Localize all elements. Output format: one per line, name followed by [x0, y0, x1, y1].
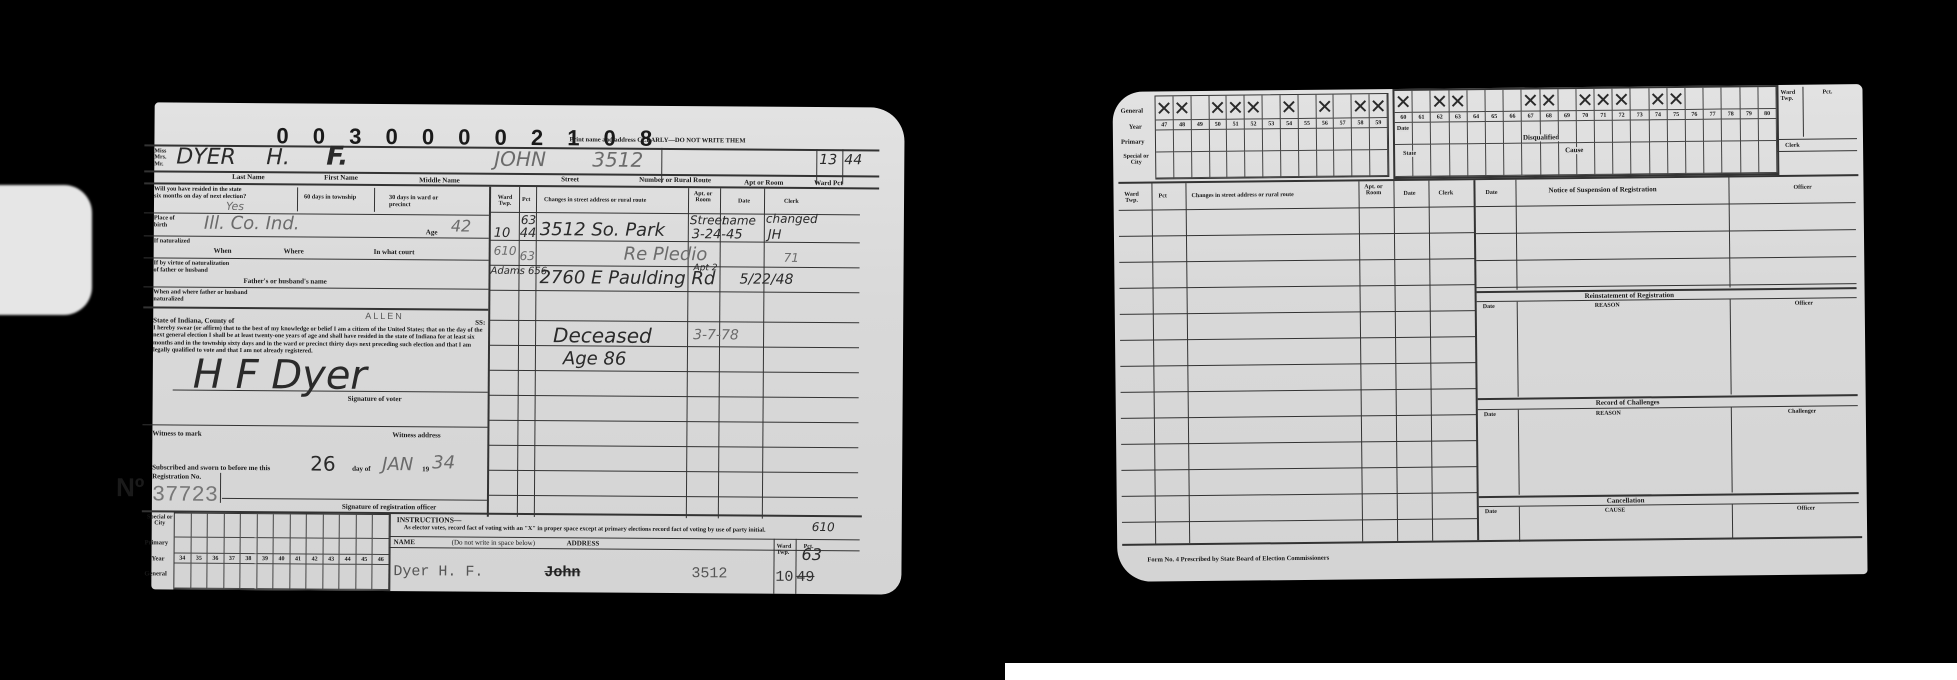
special-vote-cell	[1227, 152, 1245, 178]
primary-vote-cell	[1370, 128, 1388, 150]
vote-x-mark: ✕	[1613, 89, 1630, 111]
registration-no-label: Registration No.	[152, 473, 201, 480]
registration-card-front: 0 0 3 0 0 0 0 2 1 0 8 Print name and add…	[151, 102, 904, 594]
signature-of-voter-label: Signature of voter	[348, 396, 402, 403]
special-vote-cell	[307, 514, 324, 538]
title-prefix: Miss Mrs. Mr.	[154, 148, 170, 167]
year-cell: 80	[1758, 109, 1776, 119]
birthplace-value: Ill. Co. Ind.	[204, 215, 300, 234]
back-cause-label: Cause	[1565, 147, 1583, 154]
primary-vote-cell	[1352, 128, 1370, 150]
change-row-5-date: 3-7-78	[693, 328, 739, 342]
residence-question: Will you have resided in the state six m…	[154, 185, 249, 201]
general-vote-cell: ✕	[1352, 94, 1370, 118]
change-row-2-change: Re Pledio	[624, 246, 708, 265]
year-cell: 70	[1577, 111, 1595, 121]
back-voting-grid-left: ✕✕✕✕✕✕✕✕✕47484950515253545556575859	[1154, 93, 1389, 179]
primary-vote-cell	[1316, 129, 1334, 151]
primary-vote-cell	[1686, 120, 1704, 142]
year-cell: 42	[307, 554, 324, 564]
general-vote-cell	[307, 564, 324, 589]
vote-x-mark: ✕	[1352, 94, 1369, 118]
special-vote-cell	[1686, 142, 1705, 174]
special-vote-cell	[1613, 143, 1632, 175]
sworn-year-prefix: 19	[422, 466, 429, 473]
special-vote-cell	[1192, 152, 1210, 178]
special-vote-cell	[1431, 144, 1450, 176]
col-pct: Pct	[522, 197, 530, 203]
back-pct-label: Pct.	[1822, 89, 1832, 95]
back-col-date: Date	[1404, 191, 1416, 197]
witness-label: Witness to mark	[152, 430, 201, 437]
first-name-label: First Name	[324, 175, 358, 182]
naturalized-label: If naturalized	[154, 237, 204, 245]
special-vote-cell	[257, 514, 274, 538]
naturalized-where-label: Where	[284, 248, 304, 255]
index-ward-label: Ward Twp.	[777, 544, 795, 557]
ss-label: SS:	[475, 320, 485, 327]
primary-vote-cell	[1631, 120, 1649, 142]
primary-vote-cell	[1595, 121, 1613, 143]
year-cell: 38	[241, 554, 258, 564]
vote-x-mark: ✕	[1522, 89, 1539, 111]
primary-vote-cell	[1281, 129, 1299, 151]
year-cell: 46	[373, 555, 390, 565]
special-vote-cell	[1522, 143, 1541, 175]
general-vote-cell	[1467, 90, 1485, 112]
special-vote-cell	[1704, 142, 1723, 174]
left-voting-grid: 34353637383940414243444546	[173, 513, 391, 592]
sworn-prefix: Subscribed and sworn to before me this	[152, 464, 270, 472]
general-vote-cell	[191, 564, 208, 589]
special-vote-cell	[1370, 150, 1388, 176]
year-cell: 35	[191, 554, 208, 564]
index-address-typed: 3512	[691, 565, 727, 582]
primary-vote-cell	[1613, 121, 1631, 143]
vote-x-mark: ✕	[1227, 96, 1244, 120]
special-vote-cell	[175, 514, 192, 538]
registration-card-back: General Year Primary Special or City ✕✕✕…	[1112, 84, 1867, 582]
first-name-value: H.	[266, 147, 290, 169]
year-cell: 37	[224, 554, 241, 564]
challenges-reason-label: REASON	[1596, 411, 1621, 418]
birthplace-label: Place of birth	[154, 214, 184, 229]
vote-x-mark: ✕	[1316, 95, 1333, 119]
primary-vote-cell	[356, 539, 373, 555]
primary-vote-cell	[1449, 122, 1467, 144]
year-cell: 43	[323, 555, 340, 565]
primary-vote-cell	[340, 539, 357, 555]
primary-vote-cell	[224, 538, 241, 554]
general-vote-cell: ✕	[1370, 94, 1388, 118]
year-cell: 45	[356, 555, 373, 565]
year-cell: 34	[174, 554, 191, 564]
primary-vote-cell	[1245, 129, 1263, 151]
primary-vote-cell	[1431, 122, 1449, 144]
number-value: 3512	[592, 149, 643, 169]
special-vote-cell	[1486, 144, 1505, 176]
father-name-label: Father's or husband's name	[243, 278, 326, 286]
change-row-3-date: 5/22/48	[739, 272, 793, 286]
general-vote-cell	[340, 565, 357, 590]
special-vote-cell	[1759, 141, 1778, 173]
general-vote-cell	[323, 565, 340, 590]
back-voting-grid-right: ✕✕✕✕✕✕✕✕✕✕606162636465666768697071727374…	[1392, 85, 1779, 179]
year-cell: 50	[1209, 120, 1227, 130]
change-row-1-ward: 10	[494, 227, 511, 240]
suspension-date-label: Date	[1486, 190, 1498, 196]
vote-x-mark: ✕	[1280, 95, 1297, 119]
year-cell: 75	[1668, 110, 1686, 120]
year-cell: 68	[1540, 111, 1558, 121]
suspension-officer-label: Officer	[1793, 185, 1811, 191]
instructions-text: As elector votes, record fact of voting …	[404, 524, 804, 534]
back-disqualified-label: Disqualified	[1523, 134, 1559, 141]
year-cell: 60	[1395, 113, 1413, 123]
general-vote-cell: ✕	[1522, 89, 1540, 111]
year-cell: 53	[1263, 119, 1281, 129]
primary-vote-cell	[1504, 122, 1522, 144]
back-label-year: Year	[1129, 124, 1142, 131]
cancellation-date-label: Date	[1485, 509, 1497, 515]
primary-vote-cell	[1334, 128, 1352, 150]
back-col-apt: Apt. or Room	[1363, 184, 1383, 197]
special-vote-cell	[208, 514, 225, 538]
grid-label-year: Year	[151, 555, 164, 562]
special-vote-cell	[241, 514, 258, 538]
primary-vote-cell	[1740, 119, 1758, 141]
year-cell: 59	[1370, 118, 1388, 128]
general-vote-cell	[1558, 89, 1576, 111]
general-vote-cell: ✕	[1667, 88, 1685, 110]
change-row-5-change: Deceased	[553, 325, 652, 346]
special-vote-cell	[1281, 151, 1299, 177]
year-cell: 39	[257, 554, 274, 564]
suspension-title: Notice of Suspension of Registration	[1548, 186, 1656, 194]
special-vote-cell	[1245, 151, 1263, 177]
sworn-day-of: day of	[352, 466, 371, 473]
scan-border	[1005, 663, 1957, 680]
special-vote-cell	[1468, 144, 1487, 176]
instructions-heading: INSTRUCTIONS—	[397, 516, 462, 524]
change-row-1-clerk: JH	[768, 229, 782, 242]
general-vote-cell	[1704, 88, 1722, 110]
cancellation-officer-label: Officer	[1797, 506, 1815, 512]
year-cell: 73	[1631, 110, 1649, 120]
year-cell: 64	[1467, 112, 1485, 122]
back-state-label: State	[1403, 151, 1416, 157]
general-vote-cell	[1334, 94, 1352, 118]
change-row-6-change: Age 86	[563, 350, 627, 368]
primary-vote-cell	[1759, 119, 1777, 141]
challenges-challenger-label: Challenger	[1788, 409, 1816, 416]
street-label: Street	[561, 176, 579, 183]
vote-x-mark: ✕	[1667, 88, 1684, 110]
back-date-label: Date	[1397, 126, 1409, 132]
vote-x-mark: ✕	[1156, 96, 1173, 120]
primary-vote-cell	[1704, 120, 1722, 142]
year-cell: 56	[1316, 119, 1334, 129]
special-vote-cell	[1595, 143, 1614, 175]
father-when-where-label: When and where father or husband natural…	[153, 288, 253, 304]
general-vote-cell	[1685, 88, 1703, 110]
reinstatement-date-label: Date	[1483, 304, 1495, 310]
primary-vote-cell	[274, 538, 291, 554]
primary-vote-cell	[1577, 121, 1595, 143]
year-cell: 66	[1504, 112, 1522, 122]
ward-value: 13	[819, 153, 837, 167]
primary-vote-cell	[1192, 130, 1210, 152]
special-vote-cell	[1450, 144, 1469, 176]
year-cell: 76	[1686, 110, 1704, 120]
col-clerk: Clerk	[784, 199, 799, 205]
naturalized-when-label: When	[214, 248, 232, 255]
punch-hole	[122, 525, 142, 545]
special-vote-cell	[1352, 150, 1370, 176]
back-clerk-label: Clerk	[1785, 143, 1800, 149]
general-vote-cell	[1413, 91, 1431, 113]
col-ward-twp: Ward Twp.	[494, 195, 516, 208]
change-row-1-change: 3512 So. Park	[540, 221, 665, 240]
primary-vote-cell	[1649, 120, 1667, 142]
special-vote-cell	[1263, 151, 1281, 177]
year-cell: 49	[1191, 120, 1209, 130]
change-row-2-ward: 610	[494, 245, 517, 257]
special-vote-cell	[1668, 142, 1687, 174]
year-cell: 47	[1156, 120, 1174, 130]
general-vote-cell: ✕	[1649, 88, 1667, 110]
index-pct-written: 63	[802, 547, 822, 563]
back-label-general: General	[1121, 108, 1143, 115]
general-vote-cell: ✕	[1394, 91, 1412, 113]
primary-vote-cell	[1174, 130, 1192, 152]
vote-x-mark: ✕	[1577, 89, 1594, 111]
reinstatement-officer-label: Officer	[1795, 301, 1813, 307]
residence-state-answer: Yes	[226, 201, 244, 212]
general-vote-cell: ✕	[1156, 96, 1174, 120]
index-pct-typed: 49	[796, 569, 814, 586]
special-vote-cell	[373, 515, 390, 539]
special-vote-cell	[1335, 150, 1353, 176]
age-label: Age	[426, 229, 438, 236]
general-vote-cell: ✕	[1613, 89, 1631, 111]
back-col-ward: Ward Twp.	[1122, 192, 1142, 205]
change-row-1-date: 3-24-45	[692, 228, 743, 241]
street-value: JOHN	[494, 149, 546, 169]
primary-vote-cell	[1209, 130, 1227, 152]
primary-vote-cell	[257, 538, 274, 554]
general-vote-cell	[1758, 87, 1776, 109]
primary-vote-cell	[307, 538, 324, 554]
general-vote-cell	[1740, 87, 1758, 109]
primary-vote-cell	[1263, 129, 1281, 151]
vote-x-mark: ✕	[1540, 89, 1557, 111]
special-vote-cell	[274, 514, 291, 538]
general-vote-cell	[1263, 95, 1281, 119]
index-address-label: ADDRESS	[567, 540, 600, 547]
general-vote-cell	[1722, 87, 1740, 109]
year-cell: 72	[1613, 111, 1631, 121]
general-vote-cell: ✕	[1540, 89, 1558, 111]
grid-label-primary: Primary	[145, 539, 169, 546]
back-label-primary: Primary	[1121, 139, 1145, 146]
year-cell: 61	[1413, 113, 1431, 123]
registration-number: 37723	[152, 482, 218, 507]
year-cell: 57	[1334, 118, 1352, 128]
year-cell: 77	[1704, 110, 1722, 120]
change-row-3-apt: Apt 2	[694, 264, 718, 273]
county-value: ALLEN	[365, 312, 404, 321]
naturalized-court-label: In what court	[374, 249, 415, 256]
challenges-date-label: Date	[1484, 412, 1496, 418]
pct-value: 44	[844, 153, 862, 167]
general-vote-cell: ✕	[1316, 95, 1334, 119]
sworn-month: JAN	[382, 456, 413, 474]
general-vote-cell	[274, 564, 291, 589]
adjacent-card-edge	[0, 185, 92, 315]
special-vote-cell	[1156, 152, 1174, 178]
general-vote-cell: ✕	[1595, 89, 1613, 111]
year-cell: 55	[1299, 119, 1317, 129]
back-col-changes: Changes in street address or rural route	[1192, 192, 1294, 199]
primary-vote-cell	[1413, 123, 1431, 145]
general-vote-cell	[240, 564, 257, 589]
registration-officer-label: Signature of registration officer	[342, 504, 436, 512]
vote-x-mark: ✕	[1209, 96, 1226, 120]
primary-vote-cell	[1468, 122, 1486, 144]
vote-x-mark: ✕	[1245, 95, 1262, 119]
last-name-label: Last Name	[232, 174, 265, 181]
township-label: 60 days in township	[304, 193, 359, 201]
form-footer: Form No. 4 Prescribed by State Board of …	[1147, 556, 1329, 564]
primary-vote-cell	[1668, 120, 1686, 142]
primary-vote-cell	[290, 538, 307, 554]
special-vote-cell	[1741, 141, 1760, 173]
special-vote-cell	[324, 515, 341, 539]
last-name-value: DYER	[176, 147, 236, 169]
back-ward-label: Ward Twp.	[1780, 90, 1798, 103]
primary-vote-cell	[241, 538, 258, 554]
year-cell: 44	[340, 555, 357, 565]
index-no-write-label: (Do not write in space below)	[452, 539, 535, 547]
number-symbol: Nº	[116, 474, 144, 500]
general-vote-cell: ✕	[1245, 95, 1263, 119]
year-cell: 51	[1227, 120, 1245, 130]
general-vote-cell	[1298, 95, 1316, 119]
vote-x-mark: ✕	[1431, 90, 1448, 112]
general-vote-cell: ✕	[1280, 95, 1298, 119]
special-vote-cell	[340, 515, 357, 539]
vote-x-mark: ✕	[1449, 90, 1466, 112]
year-cell: 48	[1174, 120, 1192, 130]
change-row-0-pct: 63	[521, 214, 536, 226]
year-cell: 74	[1649, 110, 1667, 120]
general-vote-cell: ✕	[1227, 96, 1245, 120]
challenges-title: Record of Challenges	[1596, 399, 1660, 407]
year-cell: 54	[1281, 119, 1299, 129]
special-vote-cell	[224, 514, 241, 538]
year-cell: 65	[1486, 112, 1504, 122]
year-cell: 67	[1522, 111, 1540, 121]
primary-vote-cell	[175, 538, 192, 554]
special-vote-cell	[1210, 152, 1228, 178]
reinstatement-reason-label: REASON	[1595, 303, 1620, 310]
general-vote-cell	[1631, 88, 1649, 110]
special-vote-cell	[1299, 151, 1317, 177]
general-vote-cell	[290, 564, 307, 589]
special-vote-cell	[1317, 151, 1335, 177]
father-naturalization-label: If by virtue of naturalization of father…	[154, 259, 234, 274]
general-vote-cell: ✕	[1209, 96, 1227, 120]
middle-name-value: F.	[326, 144, 348, 170]
special-vote-cell	[1504, 144, 1523, 176]
change-row-1-pct: 44	[520, 227, 537, 240]
general-vote-cell	[1191, 96, 1209, 120]
general-vote-cell: ✕	[1449, 90, 1467, 112]
general-vote-cell	[174, 564, 191, 589]
grid-label-special: Special or City	[147, 514, 173, 526]
year-cell: 41	[290, 554, 307, 564]
general-vote-cell	[1504, 90, 1522, 112]
primary-vote-cell	[208, 538, 225, 554]
primary-vote-cell	[191, 538, 208, 554]
special-vote-cell	[1174, 152, 1192, 178]
col-apt-room: Apt. or Room	[692, 191, 714, 204]
col-changes: Changes in street address or rural route	[544, 197, 646, 204]
ward-residence-label: 30 days in ward or precinct	[389, 194, 449, 209]
age-value: 42	[451, 218, 471, 234]
year-cell: 36	[208, 554, 225, 564]
special-vote-cell	[357, 515, 374, 539]
year-cell: 58	[1352, 118, 1370, 128]
special-vote-cell	[1395, 145, 1414, 177]
primary-vote-cell	[1558, 121, 1576, 143]
general-vote-cell	[373, 565, 390, 590]
grid-label-general: General	[144, 570, 166, 577]
special-vote-cell	[1413, 145, 1432, 177]
special-vote-cell	[1722, 141, 1741, 173]
primary-vote-cell	[1299, 129, 1317, 151]
general-vote-cell: ✕	[1431, 90, 1449, 112]
index-ward-typed: 10	[775, 569, 793, 586]
year-cell: 62	[1431, 112, 1449, 122]
number-label: Number or Rural Route	[639, 177, 711, 185]
special-vote-cell	[1650, 142, 1669, 174]
change-row-0-clerk: changed	[766, 213, 818, 225]
year-cell: 40	[274, 554, 291, 564]
general-vote-cell: ✕	[1173, 96, 1191, 120]
change-row-2-pct: 63	[520, 250, 535, 262]
primary-vote-cell	[1486, 122, 1504, 144]
special-vote-cell	[290, 514, 307, 538]
special-vote-cell	[1541, 143, 1560, 175]
primary-vote-cell	[1722, 119, 1740, 141]
back-label-special: Special or City	[1123, 154, 1149, 166]
general-vote-cell	[257, 564, 274, 589]
vote-x-mark: ✕	[1595, 89, 1612, 111]
special-vote-cell	[1631, 142, 1650, 174]
primary-vote-cell	[1227, 130, 1245, 152]
back-col-pct: Pct	[1159, 193, 1167, 199]
year-cell: 78	[1722, 109, 1740, 119]
index-street-typed: John	[544, 564, 580, 581]
special-vote-cell	[191, 514, 208, 538]
primary-vote-cell	[1156, 130, 1174, 152]
index-name-typed: Dyer H. F.	[393, 563, 483, 581]
general-vote-cell: ✕	[1576, 89, 1594, 111]
index-name-label: NAME	[394, 539, 415, 546]
header-instruction: Print name and address CLEARLY—DO NOT WR…	[569, 137, 745, 145]
